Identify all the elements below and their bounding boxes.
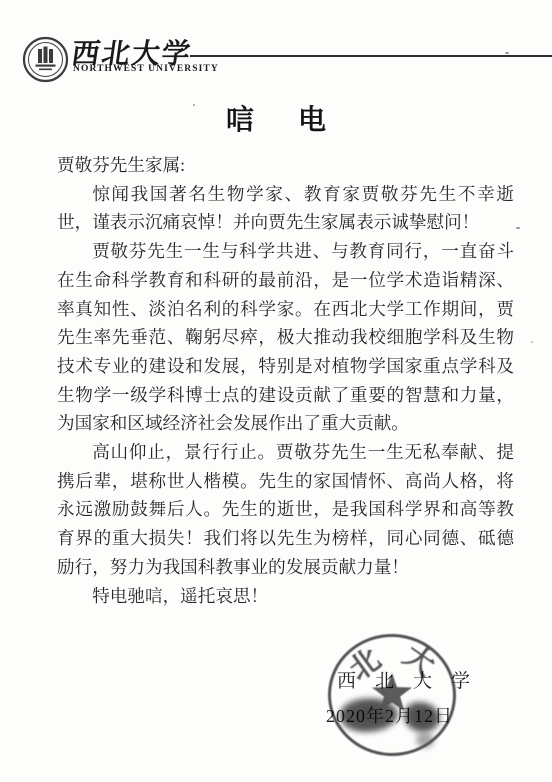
condolence-letter-page: 西北大学 NORTHWEST UNIVERSITY 唁 电 贾敬芬先生家属: 惊… bbox=[0, 0, 552, 782]
letter-paragraph: 贾敬芬先生一生与科学共进、与教育同行，一直奋斗在生命科学教育和科研的最前沿，是一… bbox=[57, 237, 514, 438]
scan-speck bbox=[531, 341, 533, 343]
official-round-stamp: 北 大 bbox=[328, 634, 456, 756]
scan-speck bbox=[193, 104, 195, 106]
letter-paragraph: 高山仰止，景行行止。贾敬芬先生一生无私奉献、提携后辈，堪称世人楷模。先生的家国情… bbox=[57, 438, 514, 582]
title-char-2: 电 bbox=[298, 98, 326, 138]
letter-paragraph: 特电驰唁，遥托哀思！ bbox=[57, 582, 514, 611]
university-name-english: NORTHWEST UNIVERSITY bbox=[73, 64, 219, 74]
letter-paragraph: 惊闻我国著名生物学家、教育家贾敬芬先生不幸逝世，谨表示沉痛哀悼！并向贾先生家属表… bbox=[57, 180, 514, 237]
university-emblem-icon bbox=[22, 36, 69, 83]
title-char-1: 唁 bbox=[226, 98, 254, 138]
letter-body: 贾敬芬先生家属: 惊闻我国著名生物学家、教育家贾敬芬先生不幸逝世，谨表示沉痛哀悼… bbox=[57, 151, 514, 610]
page-title: 唁 电 bbox=[0, 98, 552, 138]
stamp-ink-smudge bbox=[416, 732, 434, 748]
letter-salutation: 贾敬芬先生家属: bbox=[57, 151, 514, 180]
header-divider bbox=[190, 55, 552, 57]
scan-speck bbox=[505, 52, 509, 54]
scan-speck bbox=[516, 227, 520, 229]
